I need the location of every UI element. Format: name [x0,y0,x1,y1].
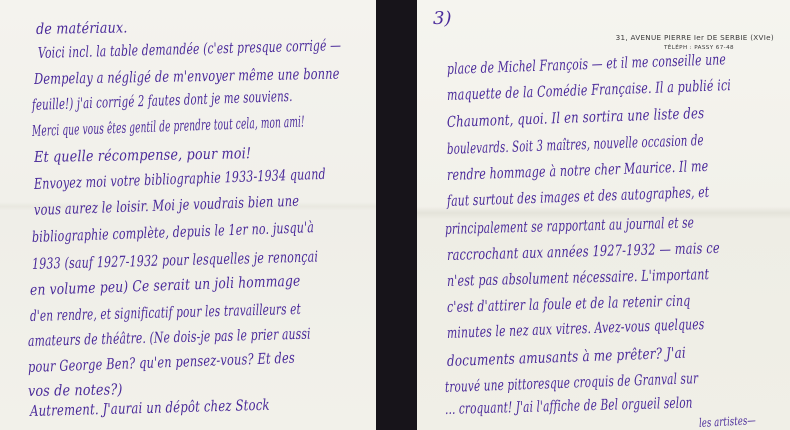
handwritten-line: n'est pas absolument nécessaire. L'impor… [447,265,710,290]
handwritten-line: Chaumont, quoi. Il en sortira une liste … [447,104,705,131]
handwritten-line: c'est d'attirer la foule et de la reteni… [447,292,691,316]
handwritten-line: ... croquant! J'ai l'affiche de Bel orgu… [445,394,693,418]
handwritten-line: Dempelay a négligé de m'envoyer même une… [34,65,340,88]
handwritten-line: rendre hommage à notre cher Maurice. Il … [447,157,709,184]
handwritten-line: trouvé une pittoresque croquis de Granva… [445,369,699,396]
handwritten-line: les artistes— [699,413,757,430]
handwritten-line: vous aurez le loisir. Moi je voudrais bi… [34,192,300,219]
handwritten-line: d'en rendre, et significatif pour les tr… [30,300,301,325]
handwritten-line: principalement se rapportant au journal … [445,213,694,238]
handwritten-line: Et quelle récompense, pour moi! [34,144,252,166]
letterhead-address: 31, AVENUE PIERRE Ier DE SERBIE (XVIe) [616,33,774,42]
handwritten-line: feuille!) j'ai corrigé 2 fautes dont je … [32,87,293,114]
handwritten-line: faut surtout des images et des autograph… [447,183,710,210]
handwritten-line: amateurs de théâtre. (Ne dois-je pas le … [28,325,311,350]
handwritten-line: raccrochant aux années 1927-1932 — mais … [447,239,720,264]
page-number: 3) [433,8,451,29]
handwritten-line: maquette de la Comédie Française. Il a p… [447,76,732,104]
handwritten-line: Autrement. J'aurai un dépôt chez Stock [30,396,270,420]
handwritten-line: documents amusants à me prêter? J'ai [447,344,686,370]
letter-page-right: 31, AVENUE PIERRE Ier DE SERBIE (XVIe) T… [417,0,790,430]
handwritten-line: de matériaux. [36,18,128,38]
handwritten-line: Envoyez moi votre bibliographie 1933-193… [34,165,326,193]
letter-page-left: de matériaux. Voici incl. la table deman… [0,0,376,430]
handwritten-line: bibliographie complète, depuis le 1er no… [32,218,315,246]
handwritten-line: vos de notes?) [28,380,123,400]
handwritten-line: Voici incl. la table demandée (c'est pre… [38,36,341,62]
handwritten-line: Merci que vous êtes gentil de prendre to… [32,112,305,140]
handwritten-line: boulevards. Soit 3 maîtres, nouvelle occ… [447,131,704,158]
handwritten-line: en volume peu) Ce serait un joli hommage [30,272,301,299]
handwritten-line: place de Michel François — et il me cons… [447,50,726,78]
handwritten-line: pour George Ben? qu'en pensez-vous? Et d… [28,349,295,376]
handwritten-line: 1933 (sauf 1927-1932 pour lesquelles je … [32,248,319,273]
handwritten-line: minutes le nez aux vitres. Avez-vous que… [447,315,705,342]
dark-gap-between-pages [376,0,417,430]
